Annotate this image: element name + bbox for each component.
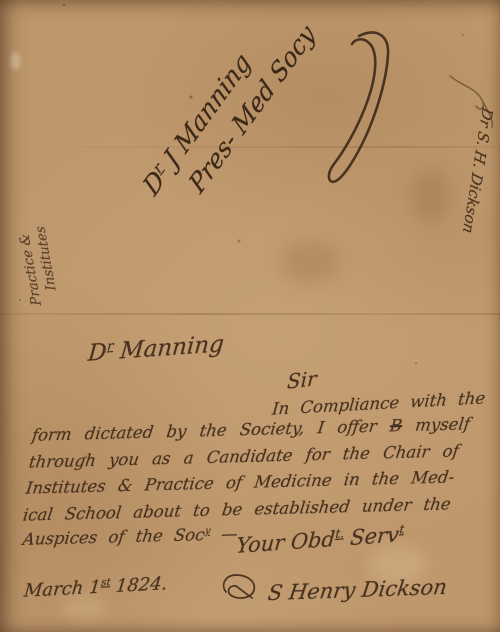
closing-text: Your Obd [235,527,336,558]
closing-text-2: Serv [343,522,400,550]
body-line-6: Auspices of the Socy — [22,524,239,549]
right-docket: Dr S. H. Dickson [448,106,497,308]
body-line-6-dash: — [209,524,239,544]
foxing-speckles [63,4,65,6]
body-line-6-text: Auspices of the Soc [22,525,206,549]
signature: S Henry Dickson [266,575,448,605]
paper-stain [280,240,340,284]
body-line-2-text: form dictated by the Society, I offer [31,416,391,444]
body-line-3: through you as a Candidate for the Chair… [28,441,460,471]
date-flourish-icon [216,570,262,606]
fold-crease-middle [0,313,500,315]
date-text: March 1 [23,577,102,602]
paper-stain [10,52,20,70]
fold-crease-upper [0,146,500,148]
body-line-2: form dictated by the Society, I offer B … [31,414,471,445]
flourish-paraph-icon [325,26,400,188]
body-line-4: Institutes & Practice of Medicine in the… [25,467,456,497]
date-year: 1824. [109,573,168,597]
body-line-2-text-2: myself [401,414,471,435]
paper-stain [412,168,450,224]
left-docket: Practice & Institutes [3,156,63,306]
salutation-sir: Sir [286,366,317,393]
letter-page: Dr J Manning Pres- Med Socy Practice & I… [0,0,500,632]
closing-superscript-2: t [399,522,405,536]
salutation-text: D [87,339,108,367]
body-line-5: ical School about to be established unde… [22,494,452,524]
closing-line: Your Obdt. Servt [235,522,405,558]
date-line: March 1st 1824. [23,573,168,602]
salutation: Dr Manning [87,331,225,367]
salutation-name: Manning [112,331,225,365]
address-panel: Dr J Manning Pres- Med Socy [132,0,324,229]
